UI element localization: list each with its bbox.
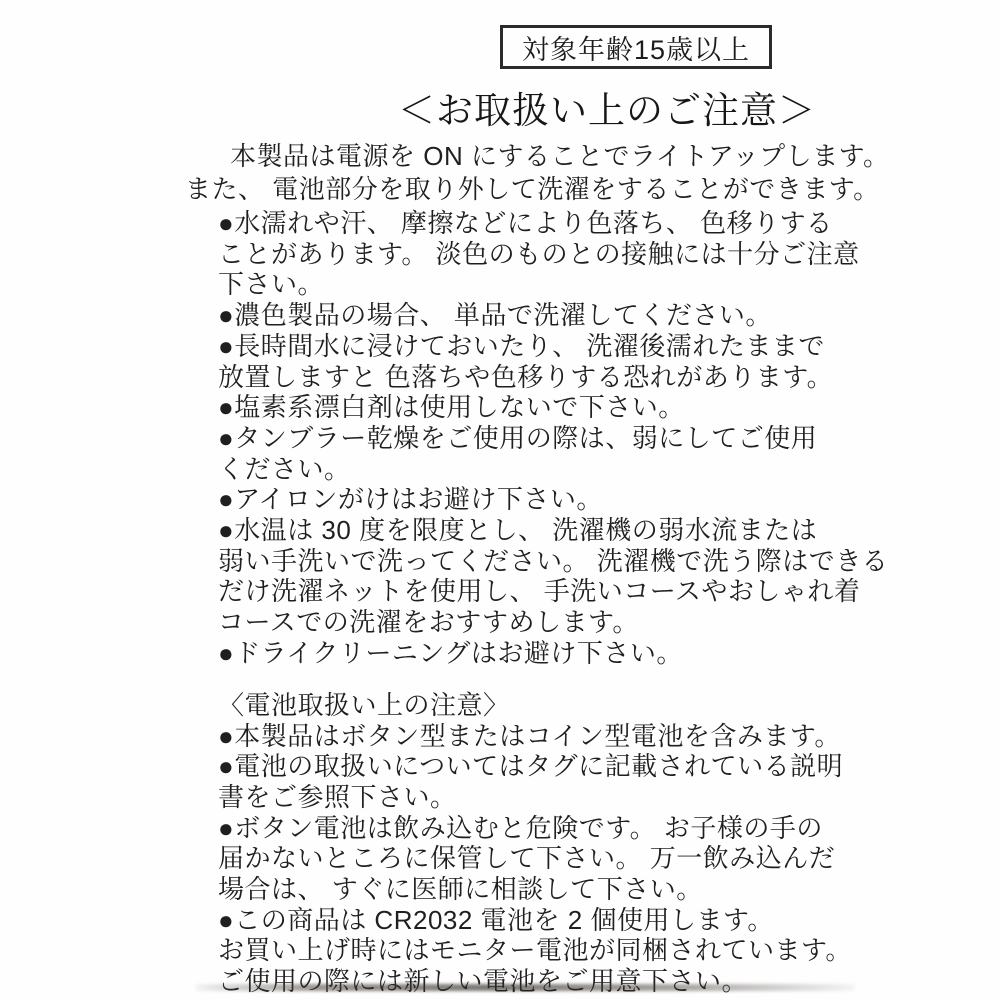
text-line: だけ洗濯ネットを使用し、 手洗いコースやおしゃれ着 [218, 576, 810, 607]
text-line: ことがあります。 淡色のものとの接触には十分ご注意 [218, 239, 810, 270]
text-line: また、 電池部分を取り外して洗濯をすることができます。 [185, 173, 810, 206]
battery-instructions-list: ●本製品はボタン型またはコイン型電池を含みます。●電池の取扱いについてはタグに記… [218, 721, 810, 997]
text-line: お買い上げ時にはモニター電池が同梱されています。 [218, 935, 810, 966]
intro-paragraph: 本製品は電源を ON にすることでライトアップします。また、 電池部分を取り外し… [185, 140, 810, 206]
text-line: ●水温は 30 度を限度とし、 洗濯機の弱水流または [218, 515, 810, 546]
text-line: 弱い手洗いで洗ってください。 洗濯機で洗う際はできる [218, 546, 810, 577]
text-line: ●ボタン電池は飲み込むと危険です。 お子様の手の [218, 813, 810, 844]
text-line: 放置しますと 色落ちや色移りする恐れがあります。 [218, 362, 810, 393]
label-body: 本製品は電源を ON にすることでライトアップします。また、 電池部分を取り外し… [185, 140, 810, 997]
text-line: 届かないところに保管して下さい。 万一飲み込んだ [218, 843, 810, 874]
text-line: ●アイロンがけはお避け下さい。 [218, 484, 810, 515]
text-line: 本製品は電源を ON にすることでライトアップします。 [185, 140, 810, 173]
text-line: ●タンブラー乾燥をご使用の際は、弱にしてご使用 [218, 423, 810, 454]
page-title: ＜お取扱い上のご注意＞ [398, 80, 816, 134]
text-line: ●ドライクリーニングはお避け下さい。 [218, 638, 810, 669]
text-line: ●本製品はボタン型またはコイン型電池を含みます。 [218, 721, 810, 752]
text-line: 書をご参照下さい。 [218, 782, 810, 813]
battery-section-heading: 〈電池取扱い上の注意〉 [218, 690, 810, 721]
text-line: ●濃色製品の場合、 単品で洗濯してください。 [218, 300, 810, 331]
care-label-document: 対象年齢15歳以上 ＜お取扱い上のご注意＞ 本製品は電源を ON にすることでラ… [0, 0, 1000, 1000]
age-restriction-text: 対象年齢15歳以上 [522, 28, 750, 67]
text-line: ●電池の取扱いについてはタグに記載されている説明 [218, 751, 810, 782]
text-line: ●塩素系漂白剤は使用しないで下さい。 [218, 392, 810, 423]
text-line: ●長時間水に浸けておいたり、 洗濯後濡れたままで [218, 331, 810, 362]
text-line: ご使用の際には新しい電池をご用意下さい。 [218, 966, 810, 997]
text-line: 場合は、 すぐに医師に相談して下さい。 [218, 874, 810, 905]
age-restriction-badge: 対象年齢15歳以上 [500, 25, 772, 69]
care-instructions-list: ●水濡れや汗、 摩擦などにより色落ち、 色移りすることがあります。 淡色のものと… [218, 208, 810, 669]
text-line: ●水濡れや汗、 摩擦などにより色落ち、 色移りする [218, 208, 810, 239]
text-line: 下さい。 [218, 269, 810, 300]
text-line: コースでの洗濯をおすすめします。 [218, 607, 810, 638]
photo-edge-shadow [195, 984, 855, 991]
text-line: ください。 [218, 454, 810, 485]
text-line: ●この商品は CR2032 電池を 2 個使用します。 [218, 905, 810, 936]
